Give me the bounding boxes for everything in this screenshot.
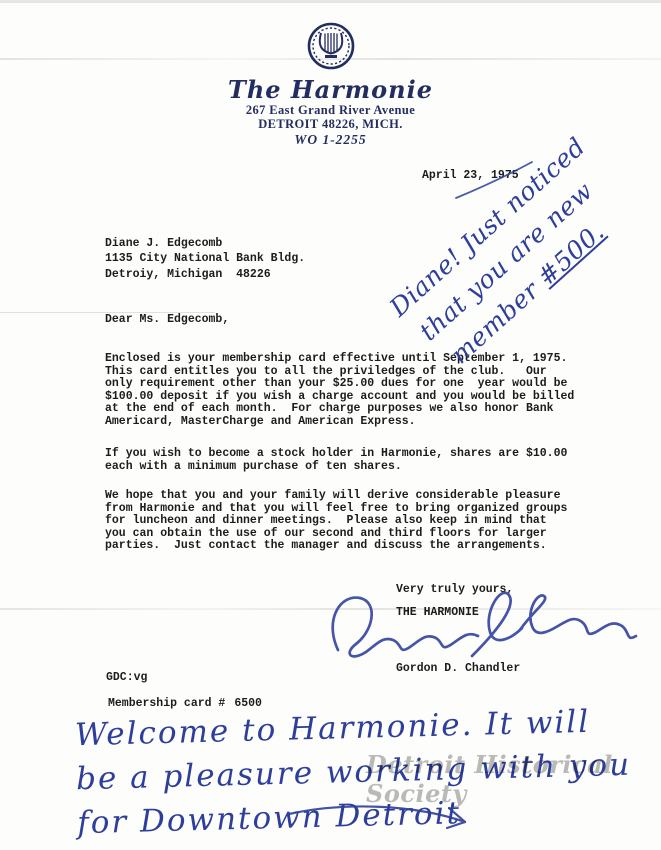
org-name: The Harmonie	[0, 75, 661, 104]
body-paragraph-1: Enclosed is your membership card effecti…	[105, 353, 574, 429]
recipient-address: Diane J. Edgecomb 1135 City National Ban…	[105, 236, 305, 282]
pen-stroke-flourish	[450, 158, 540, 203]
body-paragraph-3: We hope that you and your family will de…	[105, 490, 567, 553]
letterhead: The Harmonie 267 East Grand River Avenue…	[0, 20, 661, 148]
body-paragraph-2: If you wish to become a stock holder in …	[105, 448, 567, 473]
watermark: Detroit Historical Society	[366, 750, 661, 808]
top-note-line2: that you are new	[411, 118, 661, 350]
membership-card-label: Membership card #	[108, 697, 225, 710]
org-address-line2: DETROIT 48226, MICH.	[0, 118, 661, 132]
handwritten-signature	[322, 586, 640, 674]
typist-initials: GDC:vg	[106, 672, 147, 685]
harmonie-lyre-logo-icon	[307, 20, 355, 72]
org-address-line1: 267 East Grand River Avenue	[0, 104, 661, 118]
signature-script-icon	[322, 586, 640, 674]
scanned-letter-page: The Harmonie 267 East Grand River Avenue…	[0, 0, 661, 850]
scan-edge-shadow	[0, 0, 661, 3]
salutation: Dear Ms. Edgecomb,	[105, 314, 229, 327]
